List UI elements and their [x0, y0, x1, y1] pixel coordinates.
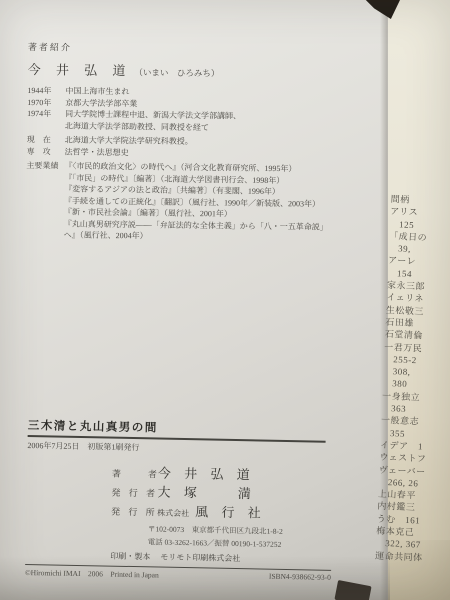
bio-history: 1944年 中国上海市生まれ 1970年 京都大学法学部卒業 1974年 同大学…	[27, 85, 336, 161]
page-bottom-shadow	[0, 556, 390, 600]
bio-row-label: 専 攻	[27, 145, 65, 157]
credit-label: 発 行 者	[111, 485, 157, 499]
credit-row-publishing-house: 発 行 所 株式会社 風 行 社	[111, 499, 340, 522]
right-page-bottom-shadow	[388, 540, 450, 600]
work-item: 『丸山真男研究序説――「弁証法的な全体主義」から「八・一五革命説」へ』（風行社、…	[64, 218, 332, 244]
edition-line: 2006年7月25日 初版第1刷発行	[27, 439, 341, 456]
bio-row: 北海道大学法学部助教授、同教授を経て	[27, 119, 335, 134]
credit-value: 大 塚 満	[157, 481, 256, 502]
bio-row-label	[27, 119, 65, 131]
book-photo: 著者紹介 今 井 弘 道（いまい ひろみち） 1944年 中国上海市生まれ 19…	[0, 0, 450, 600]
bio-row-text: 北海道大学法学部助教授、同教授を経て	[65, 120, 335, 135]
author-name: 今 井 弘 道	[28, 62, 132, 78]
bio-row: 専 攻 法哲学・法思想史	[27, 145, 335, 160]
colophon-page: 著者紹介 今 井 弘 道（いまい ひろみち） 1944年 中国上海市生まれ 19…	[0, 0, 390, 600]
bio-row-label: 1974年	[27, 108, 65, 120]
credit-label: 著 者	[112, 466, 158, 480]
bio-section-title: 著者紹介	[28, 40, 336, 57]
credit-label: 発 行 所	[111, 504, 157, 518]
credits: 著 者 今 井 弘 道 発 行 者 大 塚 満 発 行 所 株式会社 風 行 社	[26, 459, 341, 522]
bio-row-label: 1970年	[27, 96, 65, 108]
credit-value: 今 井 弘 道	[158, 462, 255, 483]
works-list: 『〈市民的政治文化〉の時代へ』（河合文化教育研究所、1995年） 『「市民」の時…	[64, 160, 333, 244]
credit-value: 風 行 社	[195, 501, 266, 521]
author-bio-section: 著者紹介 今 井 弘 道（いまい ひろみち） 1944年 中国上海市生まれ 19…	[26, 40, 336, 244]
author-name-reading: （いまい ひろみち）	[134, 67, 219, 78]
bio-row-text: 法哲学・法思想史	[65, 146, 335, 161]
bio-works: 主要業績 『〈市民的政治文化〉の時代へ』（河合文化教育研究所、1995年） 『「…	[26, 160, 335, 244]
bio-row-label: 1944年	[27, 85, 65, 97]
credit-value-prefix: 株式会社	[157, 507, 189, 519]
author-name-line: 今 井 弘 道（いまい ひろみち）	[28, 59, 336, 83]
works-label: 主要業績	[26, 160, 65, 241]
bio-row-label: 現 在	[27, 134, 65, 146]
